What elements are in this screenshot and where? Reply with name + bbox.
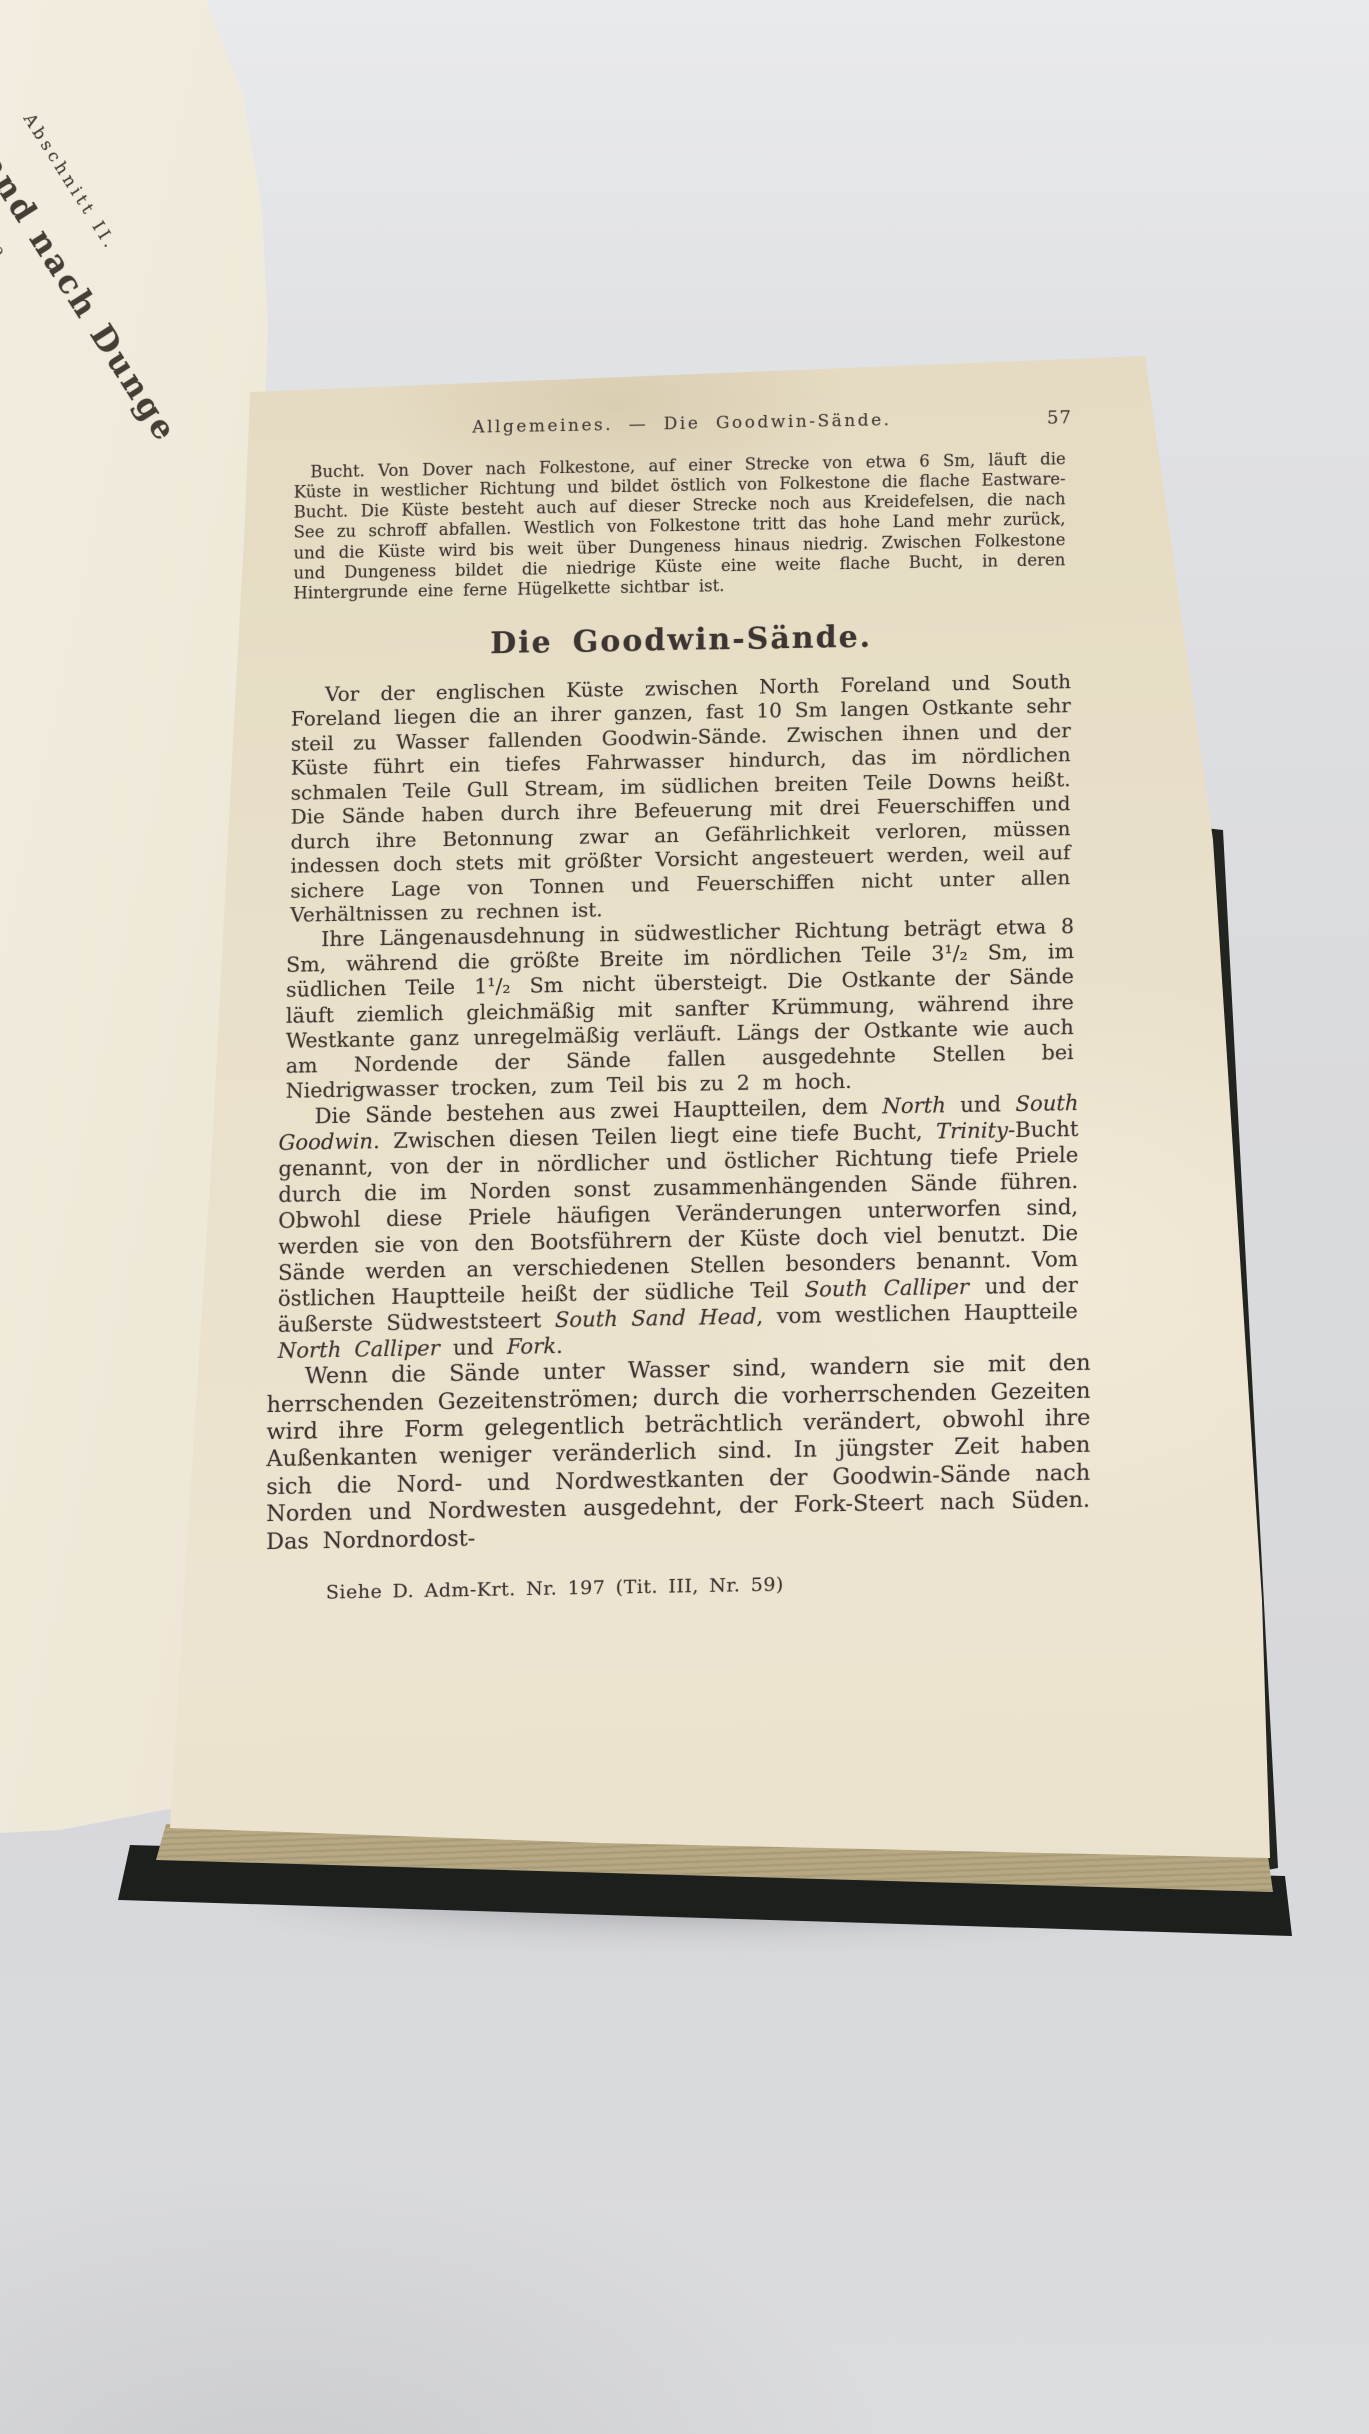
left-page-line: n höchsten Gra xyxy=(0,793,11,1054)
paragraph-1: Vor der englischen Küste zwischen North … xyxy=(290,669,1071,928)
photo-background: Abschnitt II.Foreland nach Dungeßweisung… xyxy=(0,0,1369,2434)
left-page-line: wasser hindurch, xyxy=(0,653,79,1010)
text-run: . xyxy=(556,1333,563,1358)
italic-text: North xyxy=(882,1093,946,1119)
italic-text: South Calliper xyxy=(805,1274,969,1302)
text-run: und xyxy=(440,1334,507,1360)
section-heading: Die Goodwin-Sände. xyxy=(291,616,1071,665)
italic-text: North Calliper xyxy=(278,1335,440,1363)
running-header-title: Allgemeines. — Die Goodwin-Sände. xyxy=(472,410,891,437)
paragraph-3: Die Sände bestehen aus zwei Hauptteilen,… xyxy=(278,1091,1079,1365)
left-page-line: berüchtigten Goodw xyxy=(0,560,125,981)
paragraph-4: Wenn die Sände unter Wasser sind, wander… xyxy=(266,1350,1091,1556)
text-run: , vom westlichen Hauptteile xyxy=(756,1298,1077,1329)
petit-paragraph: Bucht. Von Dover nach Folkestone, auf ei… xyxy=(293,449,1065,603)
left-page-line: die langgestr xyxy=(0,746,34,1039)
left-page-line: sind. Zwischen xyxy=(0,606,102,995)
left-page-line: d zwar wegen und der xyxy=(0,374,216,923)
text-run: und xyxy=(946,1092,1016,1118)
footnote: Siehe D. Adm-Krt. Nr. 197 (Tit. III, Nr.… xyxy=(326,1569,1068,1604)
paragraph-2: Ihre Längenausdehnung in südwestlicher R… xyxy=(286,914,1074,1104)
italic-text: Trinity- xyxy=(936,1118,1015,1144)
left-page-line: der Küste zwischen xyxy=(0,513,148,966)
left-page-line: aße von Dover ist xyxy=(0,327,239,908)
text-run: Ihre Längenausdehnung in südwestlicher R… xyxy=(286,914,1074,1103)
text-run: Vor der englischen Küste zwischen North … xyxy=(290,669,1071,927)
left-page-line: sowie wegen der Küste d xyxy=(0,467,170,952)
italic-text: Fork xyxy=(507,1333,556,1359)
text-run: Wenn die Sände unter Wasser sind, wander… xyxy=(266,1350,1091,1555)
page-number: 57 xyxy=(1047,407,1072,428)
left-page-line: belgischen und wegen fra xyxy=(0,420,193,937)
left-page-line: uth Foreland, xyxy=(0,700,56,1025)
running-header: Allgemeines. — Die Goodwin-Sände. 57 xyxy=(292,407,1072,447)
italic-text: South Sand Head xyxy=(555,1304,757,1333)
right-page-text: Allgemeines. — Die Goodwin-Sände. 57 Buc… xyxy=(288,407,1072,1604)
